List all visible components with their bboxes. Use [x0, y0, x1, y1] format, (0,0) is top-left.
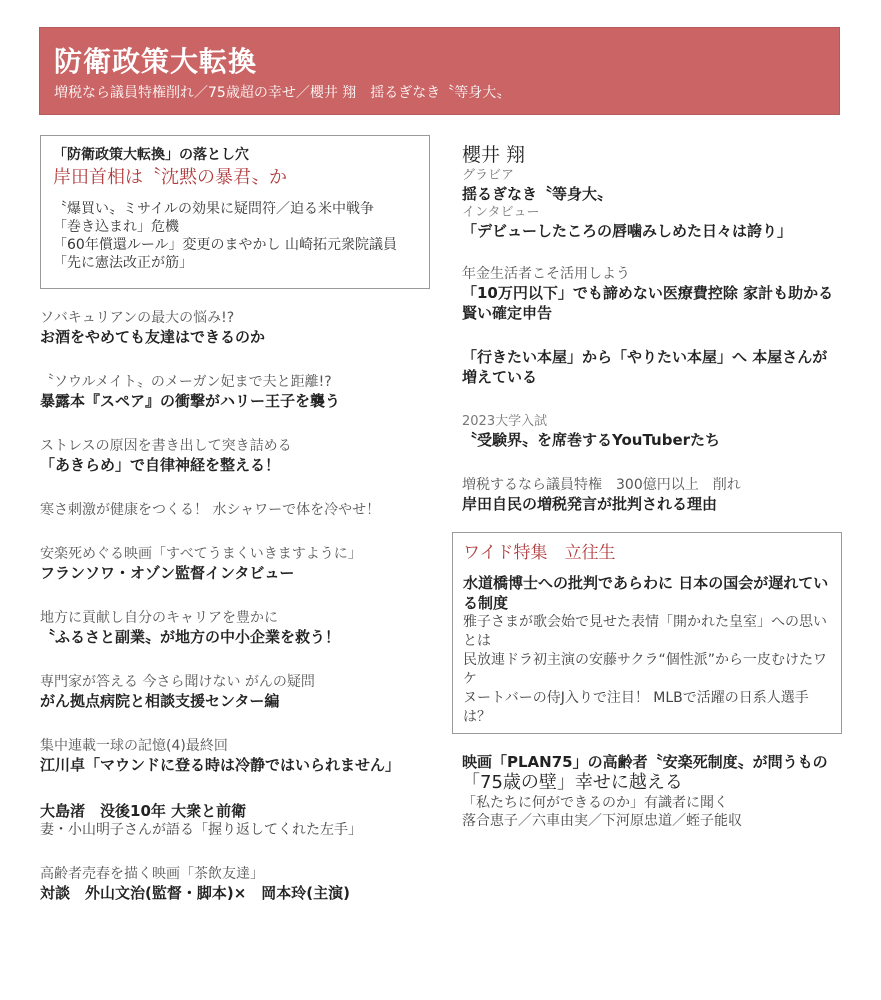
feature-name: 櫻井 翔	[462, 135, 842, 167]
article-headline: 〝受験界〟を席巻するYouTuberたち	[462, 430, 842, 450]
article-kicker: 2023大学入試	[462, 413, 842, 430]
article-item[interactable]: 大島渚 没後10年 大衆と前衛 妻・小山明子さんが語る「握り返してくれた左手」	[40, 801, 435, 839]
feature-label: グラビア	[462, 167, 842, 184]
article-headline: がん拠点病院と相談支援センター編	[40, 691, 435, 711]
article-kicker: 寒さ刺激が健康をつくる！ 水シャワーで体を冷やせ！	[40, 501, 435, 519]
article-item[interactable]: 地方に貢献し自分のキャリアを豊かに 〝ふるさと副業〟が地方の中小企業を救う！	[40, 609, 435, 647]
plan75-kicker: 映画「PLAN75」の高齢者〝安楽死制度〟が問うもの	[462, 752, 842, 772]
lead-line: 〝爆買い〟ミサイルの効果に疑問符／迫る米中戦争	[53, 200, 417, 218]
article-item[interactable]: 高齢者売春を描く映画「茶飲友達」 対談 外山文治(監督・脚本)× 岡本玲(主演)	[40, 865, 435, 903]
plan75-feature[interactable]: 映画「PLAN75」の高齢者〝安楽死制度〟が問うもの 「75歳の壁」幸せに越える…	[452, 752, 842, 830]
article-item[interactable]: 〝ソウルメイト〟のメーガン妃まで夫と距離!? 暴露本『スペア』の衝撃がハリー王子…	[40, 373, 435, 411]
article-headline: 「行きたい本屋」から「やりたい本屋」へ 本屋さんが増えている	[462, 347, 842, 387]
article-item[interactable]: 専門家が答える 今さら聞けない がんの疑問 がん拠点病院と相談支援センター編	[40, 673, 435, 711]
plan75-title: 「75歳の壁」幸せに越える	[462, 772, 842, 794]
article-headline: フランソワ・オゾン監督インタビュー	[40, 563, 435, 583]
article-kicker: ソバキュリアンの最大の悩み!?	[40, 309, 435, 327]
article-item[interactable]: 増税するなら議員特権 300億円以上 削れ 岸田自民の増税発言が批判される理由	[452, 476, 842, 514]
lead-title: 岸田首相は〝沈黙の暴君〟か	[53, 166, 417, 190]
article-headline: 江川卓「マウンドに登る時は冷静ではいられません」	[40, 755, 435, 775]
banner-subtitle: 増税なら議員特権削れ／75歳超の幸せ／櫻井 翔 揺るぎなき〝等身大〟	[54, 84, 510, 102]
feature-headline: 揺るぎなき〝等身大〟	[462, 184, 842, 204]
article-kicker: 〝ソウルメイト〟のメーガン妃まで夫と距離!?	[40, 373, 435, 391]
article-item[interactable]: ストレスの原因を書き出して突き詰める 「あきらめ」で自律神経を整える！	[40, 437, 435, 475]
wide-feature-lead: 水道橋博士への批判であらわに 日本の国会が遅れている制度	[463, 573, 831, 613]
article-item[interactable]: 年金生活者こそ活用しよう 「10万円以下」でも諦めない医療費控除 家計も助かる賢…	[452, 265, 842, 323]
article-item[interactable]: 「行きたい本屋」から「やりたい本屋」へ 本屋さんが増えている	[452, 347, 842, 387]
article-kicker: 地方に貢献し自分のキャリアを豊かに	[40, 609, 435, 627]
lead-line: 「先に憲法改正が筋」	[53, 254, 417, 272]
article-sub: 妻・小山明子さんが語る「握り返してくれた左手」	[40, 821, 435, 839]
plan75-sub: 「私たちに何ができるのか」有識者に聞く	[462, 794, 842, 812]
article-kicker: 高齢者売春を描く映画「茶飲友達」	[40, 865, 435, 883]
article-item[interactable]: 安楽死めぐる映画「すべてうまくいきますように」 フランソワ・オゾン監督インタビュ…	[40, 545, 435, 583]
lead-line: 「60年償還ルール」変更のまやかし 山崎拓元衆院議員	[53, 236, 417, 254]
article-headline: お酒をやめても友達はできるのか	[40, 327, 435, 347]
article-item[interactable]: 2023大学入試 〝受験界〟を席巻するYouTuberたち	[452, 413, 842, 450]
article-kicker: 集中連載一球の記憶(4)最終回	[40, 737, 435, 755]
article-kicker: 専門家が答える 今さら聞けない がんの疑問	[40, 673, 435, 691]
wide-feature-title: ワイド特集 立往生	[463, 541, 831, 565]
feature-headline: 「デビューしたころの唇噛みしめた日々は誇り」	[462, 221, 842, 241]
article-headline: 〝ふるさと副業〟が地方の中小企業を救う！	[40, 627, 435, 647]
article-kicker: 増税するなら議員特権 300億円以上 削れ	[462, 476, 842, 494]
right-column: 櫻井 翔 グラビア 揺るぎなき〝等身大〟 インタビュー 「デビューしたころの唇噛…	[452, 135, 842, 830]
article-kicker: 安楽死めぐる映画「すべてうまくいきますように」	[40, 545, 435, 563]
article-item[interactable]: 集中連載一球の記憶(4)最終回 江川卓「マウンドに登る時は冷静ではいられません」	[40, 737, 435, 775]
sakurai-feature[interactable]: 櫻井 翔 グラビア 揺るぎなき〝等身大〟 インタビュー 「デビューしたころの唇噛…	[452, 135, 842, 241]
left-column: 「防衛政策大転換」の落とし穴 岸田首相は〝沈黙の暴君〟か 〝爆買い〟ミサイルの効…	[40, 135, 435, 903]
banner-title: 防衛政策大転換	[54, 46, 257, 78]
article-kicker: 年金生活者こそ活用しよう	[462, 265, 842, 283]
article-item[interactable]: 寒さ刺激が健康をつくる！ 水シャワーで体を冷やせ！	[40, 501, 435, 519]
article-headline: 「10万円以下」でも諦めない医療費控除 家計も助かる賢い確定申告	[462, 283, 842, 323]
lead-kicker: 「防衛政策大転換」の落とし穴	[53, 146, 417, 164]
article-headline: 大島渚 没後10年 大衆と前衛	[40, 801, 435, 821]
wide-feature-box[interactable]: ワイド特集 立往生 水道橋博士への批判であらわに 日本の国会が遅れている制度 雅…	[452, 532, 842, 734]
lead-story-box[interactable]: 「防衛政策大転換」の落とし穴 岸田首相は〝沈黙の暴君〟か 〝爆買い〟ミサイルの効…	[40, 135, 430, 289]
article-headline: 岸田自民の増税発言が批判される理由	[462, 494, 842, 514]
plan75-names: 落合恵子／六車由実／下河原忠道／蛭子能収	[462, 812, 842, 830]
article-headline: 対談 外山文治(監督・脚本)× 岡本玲(主演)	[40, 883, 435, 903]
feature-label: インタビュー	[462, 204, 842, 221]
lead-line: 「巻き込まれ」危機	[53, 218, 417, 236]
header-banner: 防衛政策大転換 増税なら議員特権削れ／75歳超の幸せ／櫻井 翔 揺るぎなき〝等身…	[39, 27, 840, 115]
wide-feature-line: 民放連ドラ初主演の安藤サクラ“個性派”から一皮むけたワケ	[463, 651, 831, 689]
article-kicker: ストレスの原因を書き出して突き詰める	[40, 437, 435, 455]
article-item[interactable]: ソバキュリアンの最大の悩み!? お酒をやめても友達はできるのか	[40, 309, 435, 347]
wide-feature-line: ヌートバーの侍J入りで注目！ MLBで活躍の日系人選手は？	[463, 689, 831, 727]
wide-feature-line: 雅子さまが歌会始で見せた表情「開かれた皇室」への思いとは	[463, 613, 831, 651]
article-headline: 「あきらめ」で自律神経を整える！	[40, 455, 435, 475]
article-headline: 暴露本『スペア』の衝撃がハリー王子を襲う	[40, 391, 435, 411]
